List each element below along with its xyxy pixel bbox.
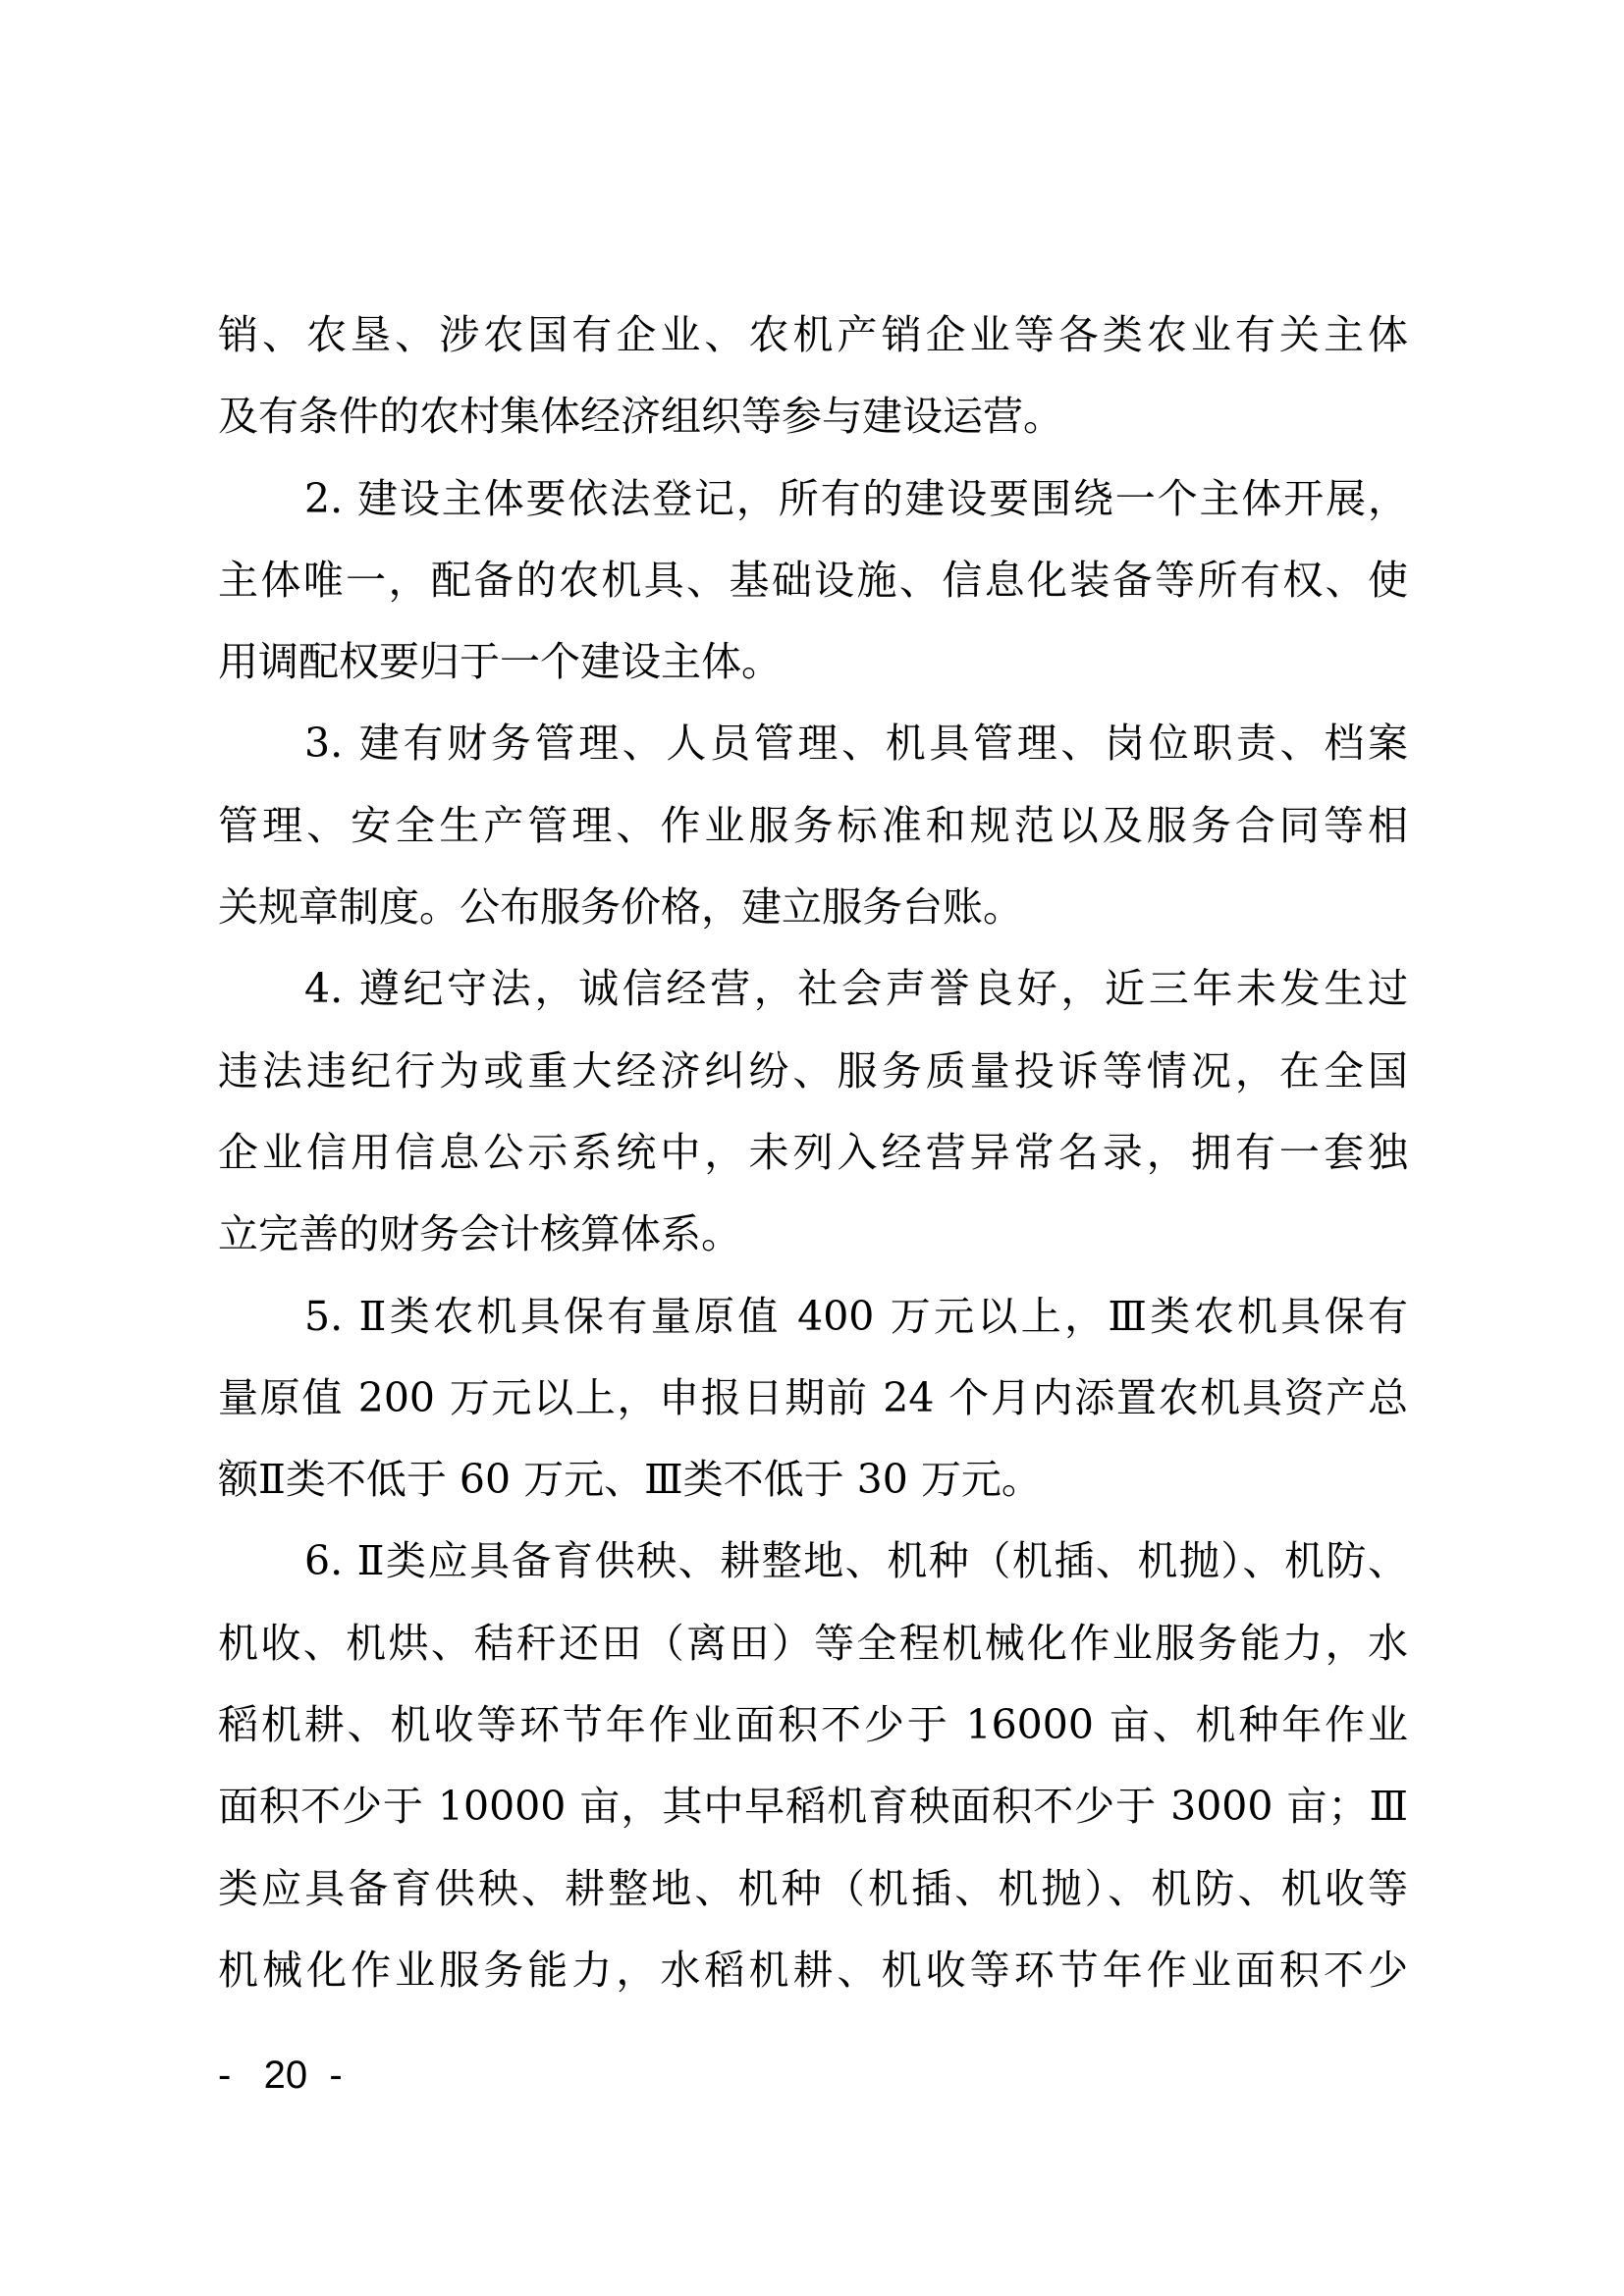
page-number: - 20 - xyxy=(218,2054,343,2098)
text-line: 机械化作业服务能力，水稻机耕、机收等环节年作业面积不少 xyxy=(218,1930,1408,2011)
paragraph-continuation: 销、农垦、涉农国有企业、农机产销企业等各类农业有关主体 及有条件的农村集体经济组… xyxy=(218,294,1408,458)
document-page: 销、农垦、涉农国有企业、农机产销企业等各类农业有关主体 及有条件的农村集体经济组… xyxy=(0,0,1624,2296)
text-line: 4. 遵纪守法，诚信经营，社会声誉良好，近三年未发生过 xyxy=(218,948,1408,1030)
text-line: 企业信用信息公示系统中，未列入经营异常名录，拥有一套独 xyxy=(218,1112,1408,1194)
text-line: 立完善的财务会计核算体系。 xyxy=(218,1194,1408,1275)
paragraph-item-2: 2. 建设主体要依法登记，所有的建设要围绕一个主体开展， 主体唯一，配备的农机具… xyxy=(218,458,1408,704)
text-line: 2. 建设主体要依法登记，所有的建设要围绕一个主体开展， xyxy=(218,458,1408,540)
text-line: 6. Ⅱ类应具备育供秧、耕整地、机种（机插、机抛）、机防、 xyxy=(218,1521,1408,1602)
text-line: 机收、机烘、秸秆还田（离田）等全程机械化作业服务能力，水 xyxy=(218,1603,1408,1684)
text-line: 关规章制度。公布服务价格，建立服务台账。 xyxy=(218,867,1408,948)
text-line: 用调配权要归于一个建设主体。 xyxy=(218,621,1408,703)
text-line: 稻机耕、机收等环节年作业面积不少于 16000 亩、机种年作业 xyxy=(218,1684,1408,1766)
paragraph-item-6: 6. Ⅱ类应具备育供秧、耕整地、机种（机插、机抛）、机防、 机收、机烘、秸秆还田… xyxy=(218,1521,1408,2011)
paragraph-item-3: 3. 建有财务管理、人员管理、机具管理、岗位职责、档案 管理、安全生产管理、作业… xyxy=(218,703,1408,948)
text-line: 量原值 200 万元以上，申报日期前 24 个月内添置农机具资产总 xyxy=(218,1358,1408,1439)
paragraph-item-4: 4. 遵纪守法，诚信经营，社会声誉良好，近三年未发生过 违法违纪行为或重大经济纠… xyxy=(218,948,1408,1275)
text-line: 3. 建有财务管理、人员管理、机具管理、岗位职责、档案 xyxy=(218,703,1408,784)
text-line: 主体唯一，配备的农机具、基础设施、信息化装备等所有权、使 xyxy=(218,540,1408,621)
text-line: 违法违纪行为或重大经济纠纷、服务质量投诉等情况，在全国 xyxy=(218,1031,1408,1112)
text-line: 面积不少于 10000 亩，其中早稻机育秧面积不少于 3000 亩；Ⅲ xyxy=(218,1766,1408,1847)
document-body: 销、农垦、涉农国有企业、农机产销企业等各类农业有关主体 及有条件的农村集体经济组… xyxy=(218,294,1408,2011)
text-line: 类应具备育供秧、耕整地、机种（机插、机抛）、机防、机收等 xyxy=(218,1848,1408,1930)
paragraph-item-5: 5. Ⅱ类农机具保有量原值 400 万元以上，Ⅲ类农机具保有 量原值 200 万… xyxy=(218,1276,1408,1522)
text-line: 及有条件的农村集体经济组织等参与建设运营。 xyxy=(218,376,1408,457)
text-line: 销、农垦、涉农国有企业、农机产销企业等各类农业有关主体 xyxy=(218,294,1408,376)
text-line: 额Ⅱ类不低于 60 万元、Ⅲ类不低于 30 万元。 xyxy=(218,1439,1408,1521)
text-line: 5. Ⅱ类农机具保有量原值 400 万元以上，Ⅲ类农机具保有 xyxy=(218,1276,1408,1358)
text-line: 管理、安全生产管理、作业服务标准和规范以及服务合同等相 xyxy=(218,785,1408,867)
